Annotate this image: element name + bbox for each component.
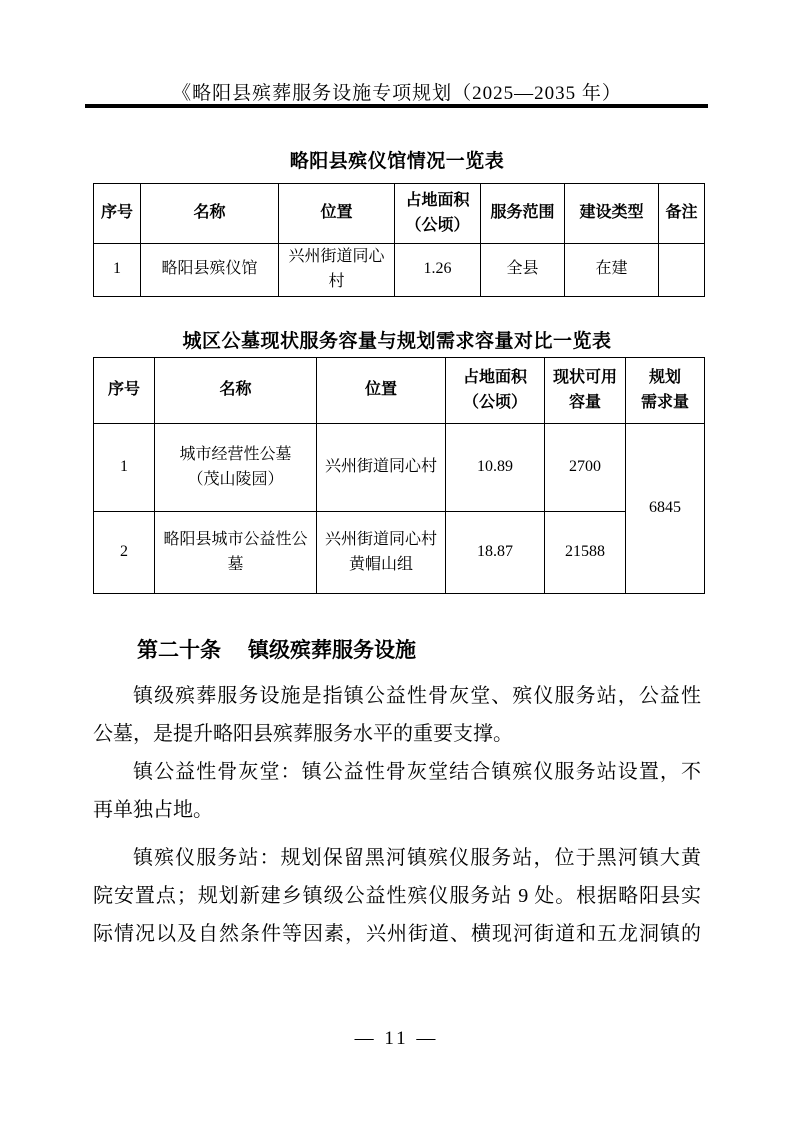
paragraph: 镇级殡葬服务设施是指镇公益性骨灰堂、殡仪服务站，公益性 公墓，是提升略阳县殡葬服…	[93, 677, 701, 753]
paragraph-line: 院安置点；规划新建乡镇级公益性殡仪服务站 9 处。根据略阳县实	[93, 877, 701, 915]
table1-cell: 1	[94, 244, 141, 297]
table2-cell: 兴州街道同心村	[317, 424, 446, 512]
table1-header-cell: 占地面积 （公顷）	[395, 184, 481, 244]
page-number: — 11 —	[0, 1028, 793, 1050]
running-header-title: 《略阳县殡葬服务设施专项规划（2025—2035 年）	[93, 78, 701, 105]
paragraph-line: 公墓，是提升略阳县殡葬服务水平的重要支撑。	[93, 715, 701, 753]
table2-cell: 兴州街道同心村 黄帽山组	[317, 512, 446, 594]
table2-header-cell: 位置	[317, 358, 446, 424]
table1-cell: 兴州街道同心村	[279, 244, 395, 297]
table1-header-cell: 备注	[659, 184, 705, 244]
table2-row: 1 城市经营性公墓 （茂山陵园） 兴州街道同心村 10.89 2700 6845	[94, 424, 705, 512]
table2-cell: 略阳县城市公益性公 墓	[155, 512, 317, 594]
table2-merged-demand-cell: 6845	[626, 424, 705, 594]
table1-cell: 在建	[565, 244, 659, 297]
table2-cell: 18.87	[446, 512, 545, 594]
table2-cell: 2700	[545, 424, 626, 512]
table1-row: 1 略阳县殡仪馆 兴州街道同心村 1.26 全县 在建	[94, 244, 705, 297]
header-double-rule	[85, 104, 708, 108]
body-text: 第二十条镇级殡葬服务设施 镇级殡葬服务设施是指镇公益性骨灰堂、殡仪服务站，公益性…	[93, 635, 701, 953]
table1-header-row: 序号 名称 位置 占地面积 （公顷） 服务范围 建设类型 备注	[94, 184, 705, 244]
section-heading: 第二十条镇级殡葬服务设施	[137, 635, 701, 665]
paragraph-line: 际情况以及自然条件等因素，兴州街道、横现河街道和五龙洞镇的	[93, 915, 701, 953]
table2-cell: 城市经营性公墓 （茂山陵园）	[155, 424, 317, 512]
table2-cell: 2	[94, 512, 155, 594]
table1-header-cell: 位置	[279, 184, 395, 244]
table2-cell: 10.89	[446, 424, 545, 512]
table1-cell: 全县	[481, 244, 565, 297]
paragraph-line: 再单独占地。	[93, 791, 701, 829]
document-page: 《略阳县殡葬服务设施专项规划（2025—2035 年） 略阳县殡仪馆情况一览表 …	[0, 0, 793, 1122]
table2-cell: 21588	[545, 512, 626, 594]
table1-cell: 略阳县殡仪馆	[141, 244, 279, 297]
paragraph-line: 镇殡仪服务站：规划保留黑河镇殡仪服务站，位于黑河镇大黄	[93, 839, 701, 877]
paragraph: 镇殡仪服务站：规划保留黑河镇殡仪服务站，位于黑河镇大黄 院安置点；规划新建乡镇级…	[93, 839, 701, 953]
section-number: 第二十条	[137, 638, 221, 662]
table1-header-cell: 服务范围	[481, 184, 565, 244]
funeral-home-table: 序号 名称 位置 占地面积 （公顷） 服务范围 建设类型 备注 1 略阳县殡仪馆…	[93, 183, 705, 297]
table2-cell: 1	[94, 424, 155, 512]
table2-header-cell: 序号	[94, 358, 155, 424]
cemetery-capacity-table: 序号 名称 位置 占地面积 （公顷） 现状可用 容量 规划 需求量 1 城市经营…	[93, 357, 705, 594]
table1-header-cell: 名称	[141, 184, 279, 244]
table1-cell	[659, 244, 705, 297]
table1-cell: 1.26	[395, 244, 481, 297]
paragraph-line: 镇公益性骨灰堂：镇公益性骨灰堂结合镇殡仪服务站设置，不	[93, 753, 701, 791]
table2-title: 城区公墓现状服务容量与规划需求容量对比一览表	[93, 326, 701, 353]
table2-header-cell: 现状可用 容量	[545, 358, 626, 424]
table2-header-cell: 名称	[155, 358, 317, 424]
paragraph-line: 镇级殡葬服务设施是指镇公益性骨灰堂、殡仪服务站，公益性	[93, 677, 701, 715]
table2-header-row: 序号 名称 位置 占地面积 （公顷） 现状可用 容量 规划 需求量	[94, 358, 705, 424]
paragraph: 镇公益性骨灰堂：镇公益性骨灰堂结合镇殡仪服务站设置，不 再单独占地。	[93, 753, 701, 829]
table1-header-cell: 建设类型	[565, 184, 659, 244]
table2-header-cell: 规划 需求量	[626, 358, 705, 424]
table2-row: 2 略阳县城市公益性公 墓 兴州街道同心村 黄帽山组 18.87 21588	[94, 512, 705, 594]
table2-header-cell: 占地面积 （公顷）	[446, 358, 545, 424]
table1-title: 略阳县殡仪馆情况一览表	[93, 146, 701, 173]
section-title: 镇级殡葬服务设施	[248, 638, 416, 662]
table1-header-cell: 序号	[94, 184, 141, 244]
